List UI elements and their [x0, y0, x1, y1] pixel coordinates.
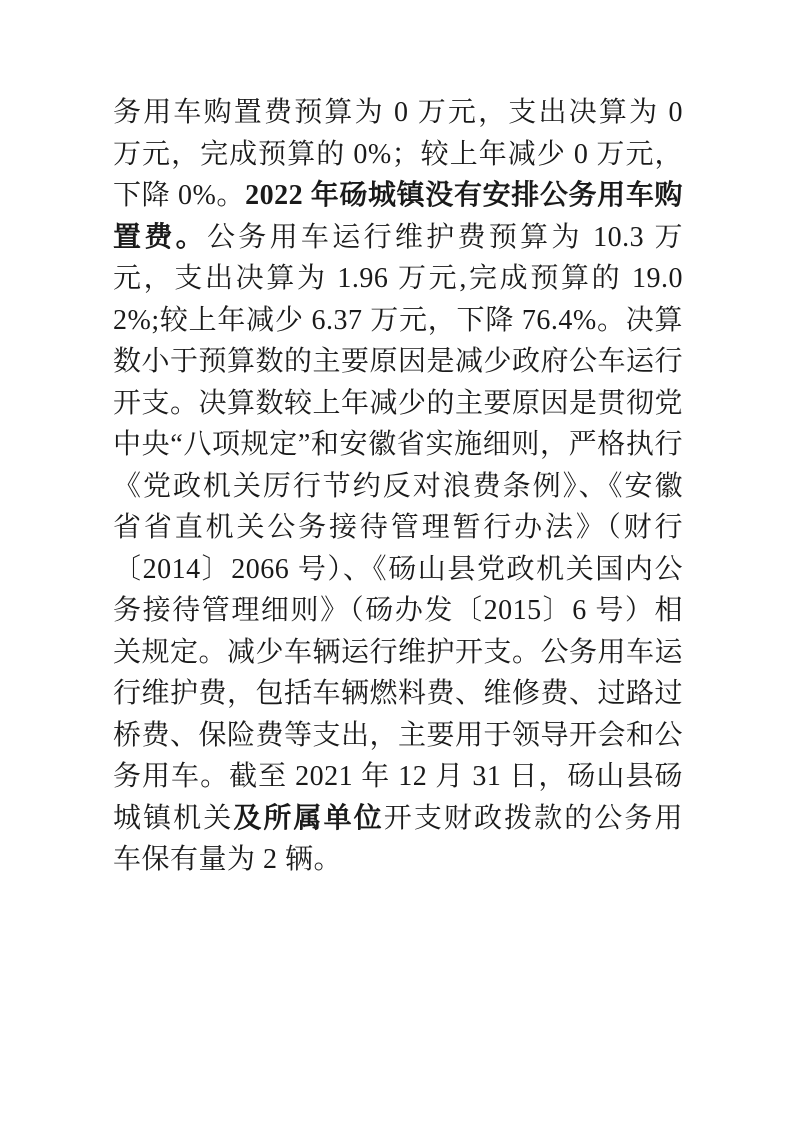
paragraph-segment-affiliated-units-bold: 及所属单位	[233, 803, 383, 834]
body-paragraph: 务用车购置费预算为 0 万元，支出决算为 0 万元，完成预算的 0%；较上年减少…	[113, 92, 683, 881]
document-page: 务用车购置费预算为 0 万元，支出决算为 0 万元，完成预算的 0%；较上年减少…	[0, 0, 793, 1122]
paragraph-segment-maintenance-details: 公务用车运行维护费预算为 10.3 万元，支出决算为 1.96 万元,完成预算的…	[113, 222, 683, 834]
